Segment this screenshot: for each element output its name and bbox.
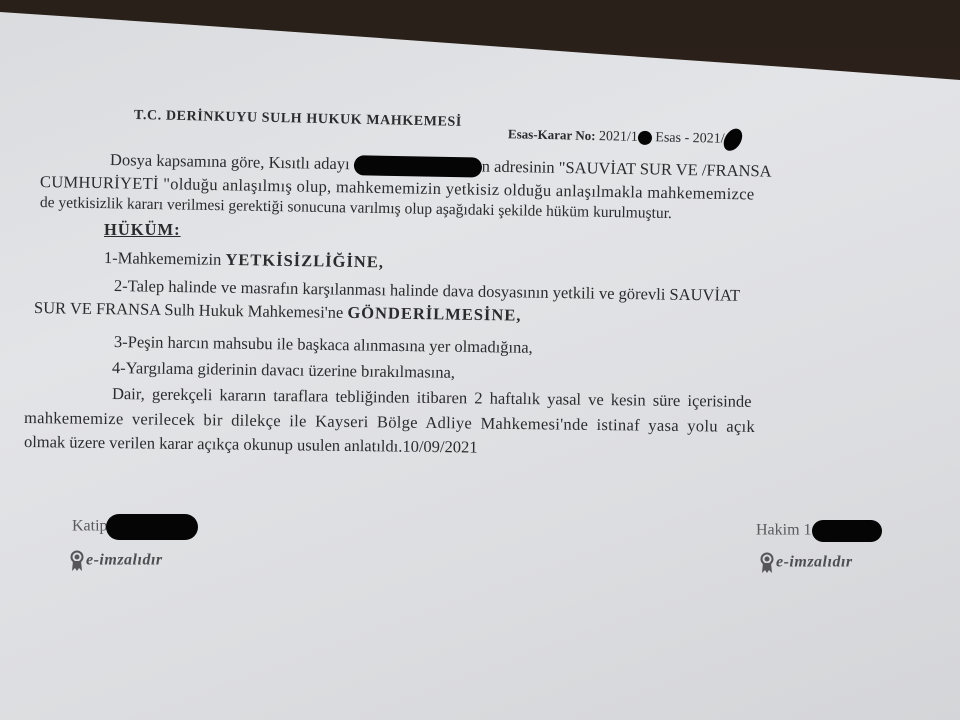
verdict-heading: HÜKÜM: — [104, 220, 181, 240]
redaction-mark — [720, 125, 746, 154]
esign-label: e-imzalıdır — [776, 554, 853, 571]
court-title: T.C. DERİNKUYU SULH HUKUK MAHKEMESİ — [134, 108, 462, 131]
clerk-signature: Katip — [72, 514, 198, 540]
item-emphasis: YETKİSİZLİĞİNE, — [225, 250, 384, 271]
verdict-item-4: 4-Yargılama giderinin davacı üzerine bır… — [112, 358, 455, 383]
judge-esign: e-imzalıdır — [760, 552, 853, 574]
intro-text: Dosya kapsamına göre, Kısıtlı adayı — [110, 150, 350, 173]
court-document: T.C. DERİNKUYU SULH HUKUK MAHKEMESİ Esas… — [0, 0, 960, 720]
redaction-mark — [106, 514, 198, 540]
clerk-label: Katip — [72, 518, 108, 535]
intro-text: n adresinin "SAUVİAT SUR VE /FRANSA — [482, 156, 772, 180]
esign-label: e-imzalıdır — [86, 552, 163, 569]
item-emphasis: GÖNDERİLMESİNE, — [347, 303, 521, 325]
case-number: Esas-Karar No: 2021/1 Esas - 2021/ — [508, 123, 741, 152]
verdict-item-1: 1-Mahkememizin YETKİSİZLİĞİNE, — [104, 248, 384, 272]
case-number-label: Esas-Karar No: — [508, 126, 596, 143]
closing-line-1: Dair, gerekçeli kararın taraflara tebliğ… — [112, 384, 752, 412]
photo-stage: T.C. DERİNKUYU SULH HUKUK MAHKEMESİ Esas… — [0, 0, 960, 720]
case-number-value: 2021/1 — [599, 129, 638, 145]
clerk-esign: e-imzalıdır — [70, 550, 163, 572]
closing-line-3: olmak üzere verilen karar açıkça okunup … — [24, 432, 478, 458]
judge-label: Hakim 1 — [756, 522, 812, 539]
item-text: SUR VE FRANSA Sulh Hukuk Mahkemesi'ne — [34, 298, 348, 322]
redaction-mark — [354, 155, 482, 177]
case-esas-label: Esas - 2021/ — [655, 130, 725, 146]
verdict-item-2-line-2: SUR VE FRANSA Sulh Hukuk Mahkemesi'ne GÖ… — [34, 298, 522, 326]
seal-ribbon-icon — [70, 550, 84, 572]
verdict-item-3: 3-Peşin harcın mahsubu ile başkaca alınm… — [114, 332, 533, 358]
judge-signature: Hakim 1 — [756, 520, 882, 542]
redaction-mark — [635, 128, 654, 147]
redaction-mark — [812, 520, 882, 542]
item-text: 1-Mahkememizin — [104, 248, 226, 269]
seal-ribbon-icon — [760, 552, 774, 574]
